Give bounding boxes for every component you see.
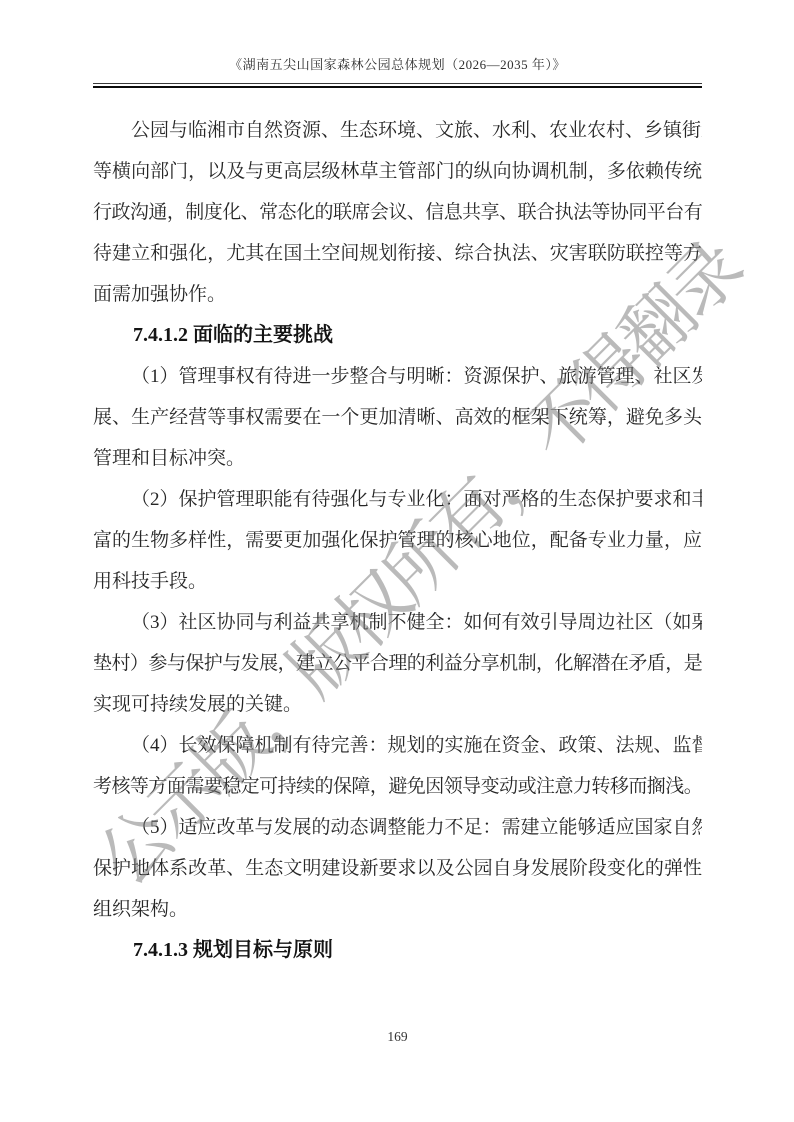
body-line: 行政沟通，制度化、常态化的联席会议、信息共享、联合执法等协同平台有 xyxy=(93,192,702,233)
body-line: （3）社区协同与利益共享机制不健全：如何有效引导周边社区（如栗 xyxy=(93,602,702,643)
body-line: （4）长效保障机制有待完善：规划的实施在资金、政策、法规、监督 xyxy=(93,725,702,766)
page-number: 169 xyxy=(93,1029,702,1045)
section-heading: 7.4.1.3 规划目标与原则 xyxy=(93,930,702,971)
body-line: 组织架构。 xyxy=(93,889,702,930)
body-line: 管理和目标冲突。 xyxy=(93,438,702,479)
body-line: 富的生物多样性，需要更加强化保护管理的核心地位，配备专业力量，应 xyxy=(93,520,702,561)
body-line: 公园与临湘市自然资源、生态环境、文旅、水利、农业农村、乡镇街道 xyxy=(93,110,702,151)
section-heading: 7.4.1.2 面临的主要挑战 xyxy=(93,315,702,356)
body-line: 保护地体系改革、生态文明建设新要求以及公园自身发展阶段变化的弹性 xyxy=(93,848,702,889)
body-line: 面需加强协作。 xyxy=(93,274,702,315)
body-line: （5）适应改革与发展的动态调整能力不足：需建立能够适应国家自然 xyxy=(93,807,702,848)
body-line: （1）管理事权有待进一步整合与明晰：资源保护、旅游管理、社区发 xyxy=(93,356,702,397)
body-line: 等横向部门，以及与更高层级林草主管部门的纵向协调机制，多依赖传统 xyxy=(93,151,702,192)
body-line: 实现可持续发展的关键。 xyxy=(93,684,702,725)
body-line: （2）保护管理职能有待强化与专业化：面对严格的生态保护要求和丰 xyxy=(93,479,702,520)
body-line: 待建立和强化，尤其在国土空间规划衔接、综合执法、灾害联防联控等方 xyxy=(93,233,702,274)
document-page: 《湖南五尖山国家森林公园总体规划（2026—2035 年）》 公园与临湘市自然资… xyxy=(0,0,794,1122)
body-line: 垫村）参与保护与发展，建立公平合理的利益分享机制，化解潜在矛盾，是 xyxy=(93,643,702,684)
header-title: 《湖南五尖山国家森林公园总体规划（2026—2035 年）》 xyxy=(93,54,702,73)
body-line: 展、生产经营等事权需要在一个更加清晰、高效的框架下统筹，避免多头 xyxy=(93,397,702,438)
document-body: 公园与临湘市自然资源、生态环境、文旅、水利、农业农村、乡镇街道 等横向部门，以及… xyxy=(93,110,702,971)
header-divider xyxy=(93,83,702,88)
body-line: 用科技手段。 xyxy=(93,561,702,602)
body-line: 考核等方面需要稳定可持续的保障，避免因领导变动或注意力转移而搁浅。 xyxy=(93,766,702,807)
